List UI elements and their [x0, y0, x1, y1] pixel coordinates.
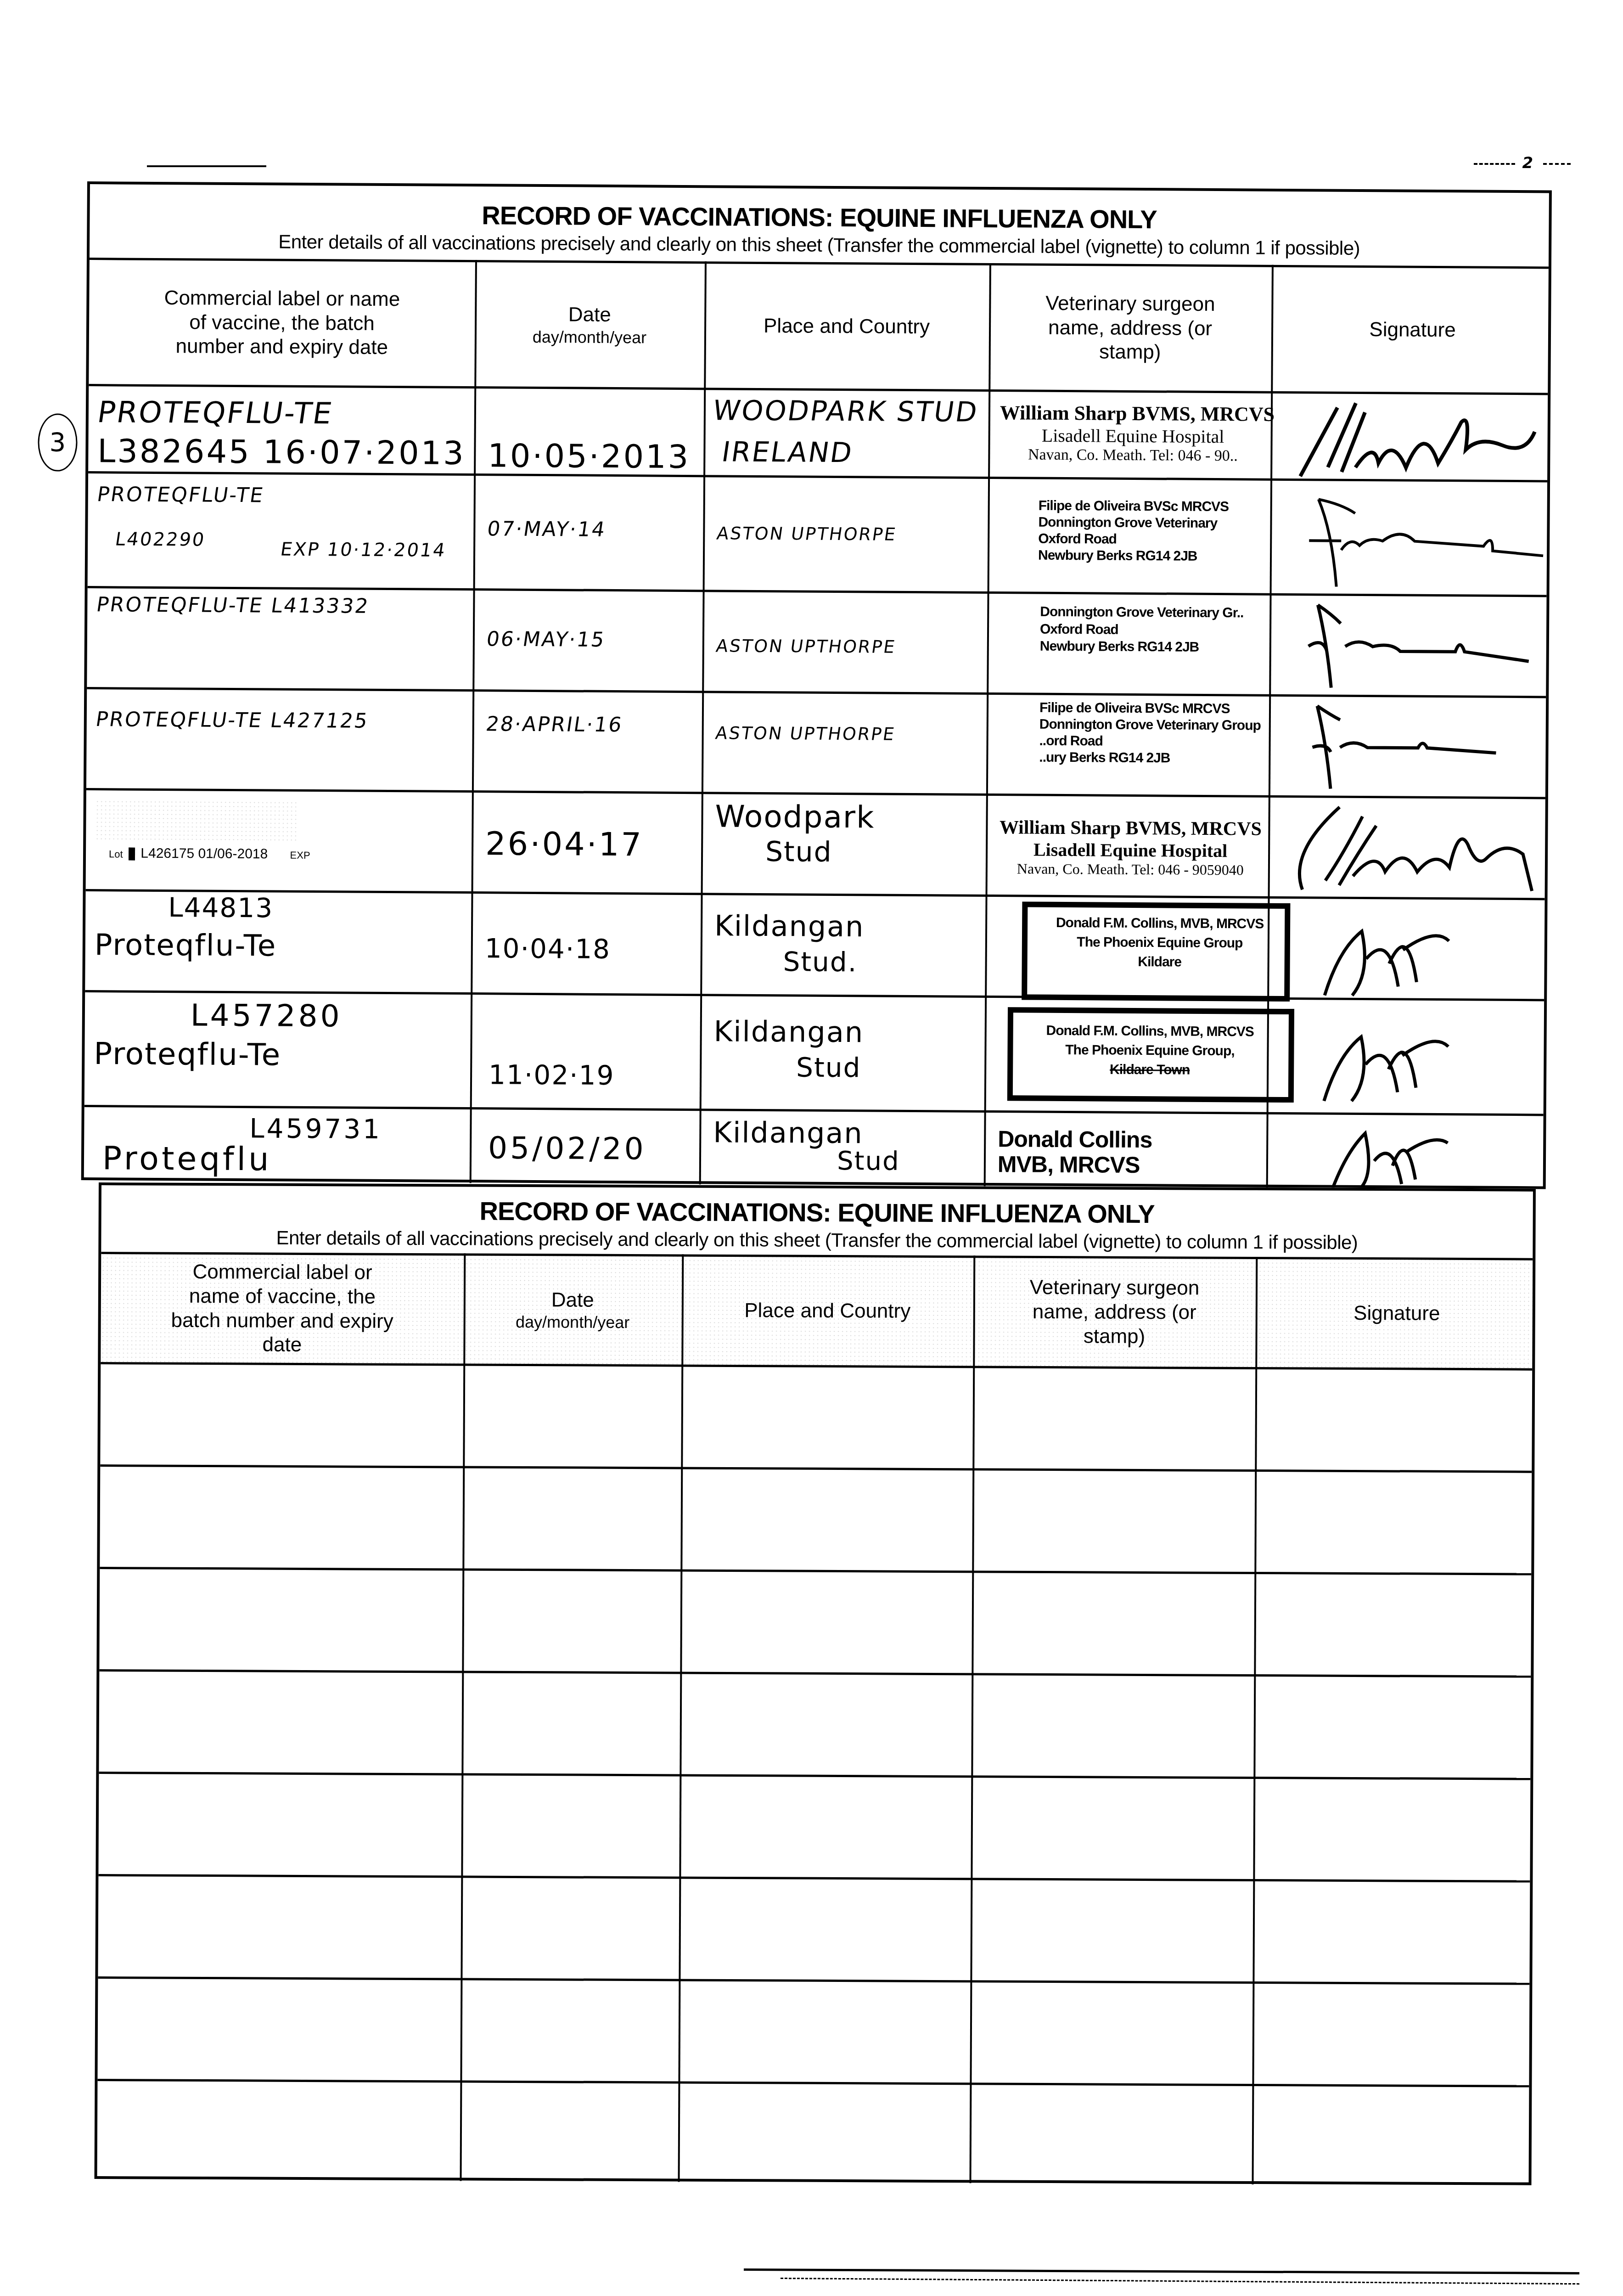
column-header-date: Date day/month/year: [463, 1255, 682, 1364]
column-divider: [984, 263, 991, 1186]
column-header-vet: Veterinary surgeon name, address (or sta…: [988, 265, 1272, 391]
row3-vaccine-batch: PROTEQFLU-TE L413332: [95, 593, 371, 618]
row8-date: 05/02/20: [488, 1130, 646, 1166]
column-header-vet: Veterinary surgeon name, address (or sta…: [973, 1258, 1256, 1367]
row5-vet-stamp: William Sharp BVMS, MRCVS Lisadell Equin…: [997, 816, 1264, 879]
row7-place-line2: Stud: [796, 1052, 861, 1083]
bottom-scan-line: [781, 2278, 1579, 2285]
page-number: 2: [1522, 154, 1536, 172]
column-header-vaccine: Commercial label or name of vaccine, the…: [89, 260, 475, 386]
row7-signature: [1297, 1009, 1545, 1116]
row4-vaccine-batch: PROTEQFLU-TE L427125: [94, 708, 370, 733]
row1-signature: [1286, 394, 1549, 482]
row6-date: 10·04·18: [485, 933, 611, 965]
row1-batch-expiry: L382645 16·07·2013: [97, 432, 466, 472]
row6-place-line2: Stud.: [783, 946, 857, 978]
bottom-scan-line: [744, 2268, 1579, 2274]
row8-signature: [1314, 1114, 1544, 1194]
row8-vaccine-name: Proteqflu: [102, 1139, 272, 1178]
row3-signature: [1299, 596, 1547, 693]
row7-place: Kildangan: [713, 1014, 864, 1049]
row3-place: ASTON UPTHORPE: [715, 636, 898, 657]
empty-entry-row[interactable]: [99, 1567, 1531, 1676]
form-header: RECORD OF VACCINATIONS: EQUINE INFLUENZA…: [101, 1185, 1533, 1255]
row6-place: Kildangan: [714, 909, 865, 943]
row5-faded-vignette: [95, 799, 298, 842]
row4-date: 28·APRIL·16: [484, 712, 624, 737]
row4-signature: [1298, 697, 1547, 794]
row1-vaccine-name: PROTEQFLU-TE: [95, 395, 336, 431]
row7-batch: L457280: [191, 997, 343, 1034]
vaccination-record-table-top: RECORD OF VACCINATIONS: EQUINE INFLUENZA…: [81, 181, 1552, 1189]
row8-vet-stamp: Donald Collins MVB, MRCVS: [998, 1126, 1152, 1178]
row1-place: WOODPARK STUD: [711, 394, 981, 428]
empty-entry-row[interactable]: [98, 1874, 1530, 1983]
form-instructions: Enter details of all vaccinations precis…: [101, 1226, 1533, 1255]
top-left-mark: [147, 165, 266, 167]
column-header-place: Place and Country: [704, 264, 989, 389]
row6-signature: [1297, 903, 1545, 1010]
row3-date: 06·MAY·15: [485, 627, 607, 652]
row7-vaccine-name: Proteqflu-Te: [94, 1036, 281, 1072]
row7-vet-stamp: Donald F.M. Collins, MVB, MRCVS The Phoe…: [1016, 1021, 1283, 1080]
row6-batch: L44813: [168, 892, 273, 923]
row8-place: Kildangan: [713, 1115, 863, 1150]
row2-date: 07·MAY·14: [486, 517, 608, 541]
empty-entry-row[interactable]: [97, 2079, 1529, 2183]
row2-place: ASTON UPTHORPE: [715, 523, 898, 544]
empty-entry-row[interactable]: [97, 1976, 1529, 2085]
vaccination-record-table-bottom: RECORD OF VACCINATIONS: EQUINE INFLUENZA…: [95, 1182, 1536, 2185]
row5-vignette-lot: Lot L426175 01/06-2018 EXP: [109, 845, 310, 862]
row7-date: 11·02·19: [489, 1059, 615, 1091]
column-header-signature: Signature: [1255, 1259, 1538, 1368]
column-header-vaccine: Commercial label or name of vaccine, the…: [101, 1254, 464, 1363]
column-header-date: Date day/month/year: [474, 262, 705, 388]
row2-batch: L402290: [114, 529, 207, 550]
empty-entry-row[interactable]: [99, 1669, 1531, 1778]
form-header: RECORD OF VACCINATIONS: EQUINE INFLUENZA…: [90, 184, 1549, 260]
empty-entry-row[interactable]: [98, 1772, 1530, 1880]
margin-circled-number: 3: [38, 413, 78, 472]
row6-vet-stamp: Donald F.M. Collins, MVB, MRCVS The Phoe…: [1036, 913, 1284, 973]
empty-entry-row[interactable]: [100, 1362, 1532, 1471]
row5-signature: [1284, 798, 1546, 900]
row2-expiry: EXP 10·12·2014: [279, 539, 448, 561]
row4-place: ASTON UPTHORPE: [714, 723, 897, 744]
column-divider: [699, 261, 707, 1184]
row2-vaccine-name: PROTEQFLU-TE: [95, 483, 266, 507]
row3-vet-stamp: Donnington Grove Veterinary Gr.. Oxford …: [1040, 603, 1244, 656]
form-title: RECORD OF VACCINATIONS: EQUINE INFLUENZA…: [101, 1194, 1533, 1231]
row1-date: 10·05·2013: [488, 437, 690, 476]
column-divider: [470, 260, 477, 1183]
top-right-page-mark: 2: [1474, 154, 1571, 172]
row5-date: 26·04·17: [485, 825, 643, 863]
row2-signature: [1300, 485, 1548, 592]
row8-place-line2: Stud: [837, 1146, 900, 1176]
row4-vet-stamp: Filipe de Oliveira BVSc MRCVS Donnington…: [1039, 700, 1261, 767]
row2-vet-stamp: Filipe de Oliveira BVSc MRCVS Donnington…: [1038, 498, 1229, 565]
column-header-signature: Signature: [1271, 267, 1554, 393]
empty-entry-row[interactable]: [100, 1464, 1532, 1573]
row1-country: IRELAND: [719, 436, 855, 469]
row5-place: Woodpark: [715, 799, 875, 835]
column-header-place: Place and Country: [681, 1257, 973, 1366]
row5-place-line2: Stud: [765, 836, 832, 868]
row6-vaccine-name: Proteqflu-Te: [95, 928, 277, 963]
row1-vet-stamp: William Sharp BVMS, MRCVS Lisadell Equin…: [1000, 401, 1266, 465]
